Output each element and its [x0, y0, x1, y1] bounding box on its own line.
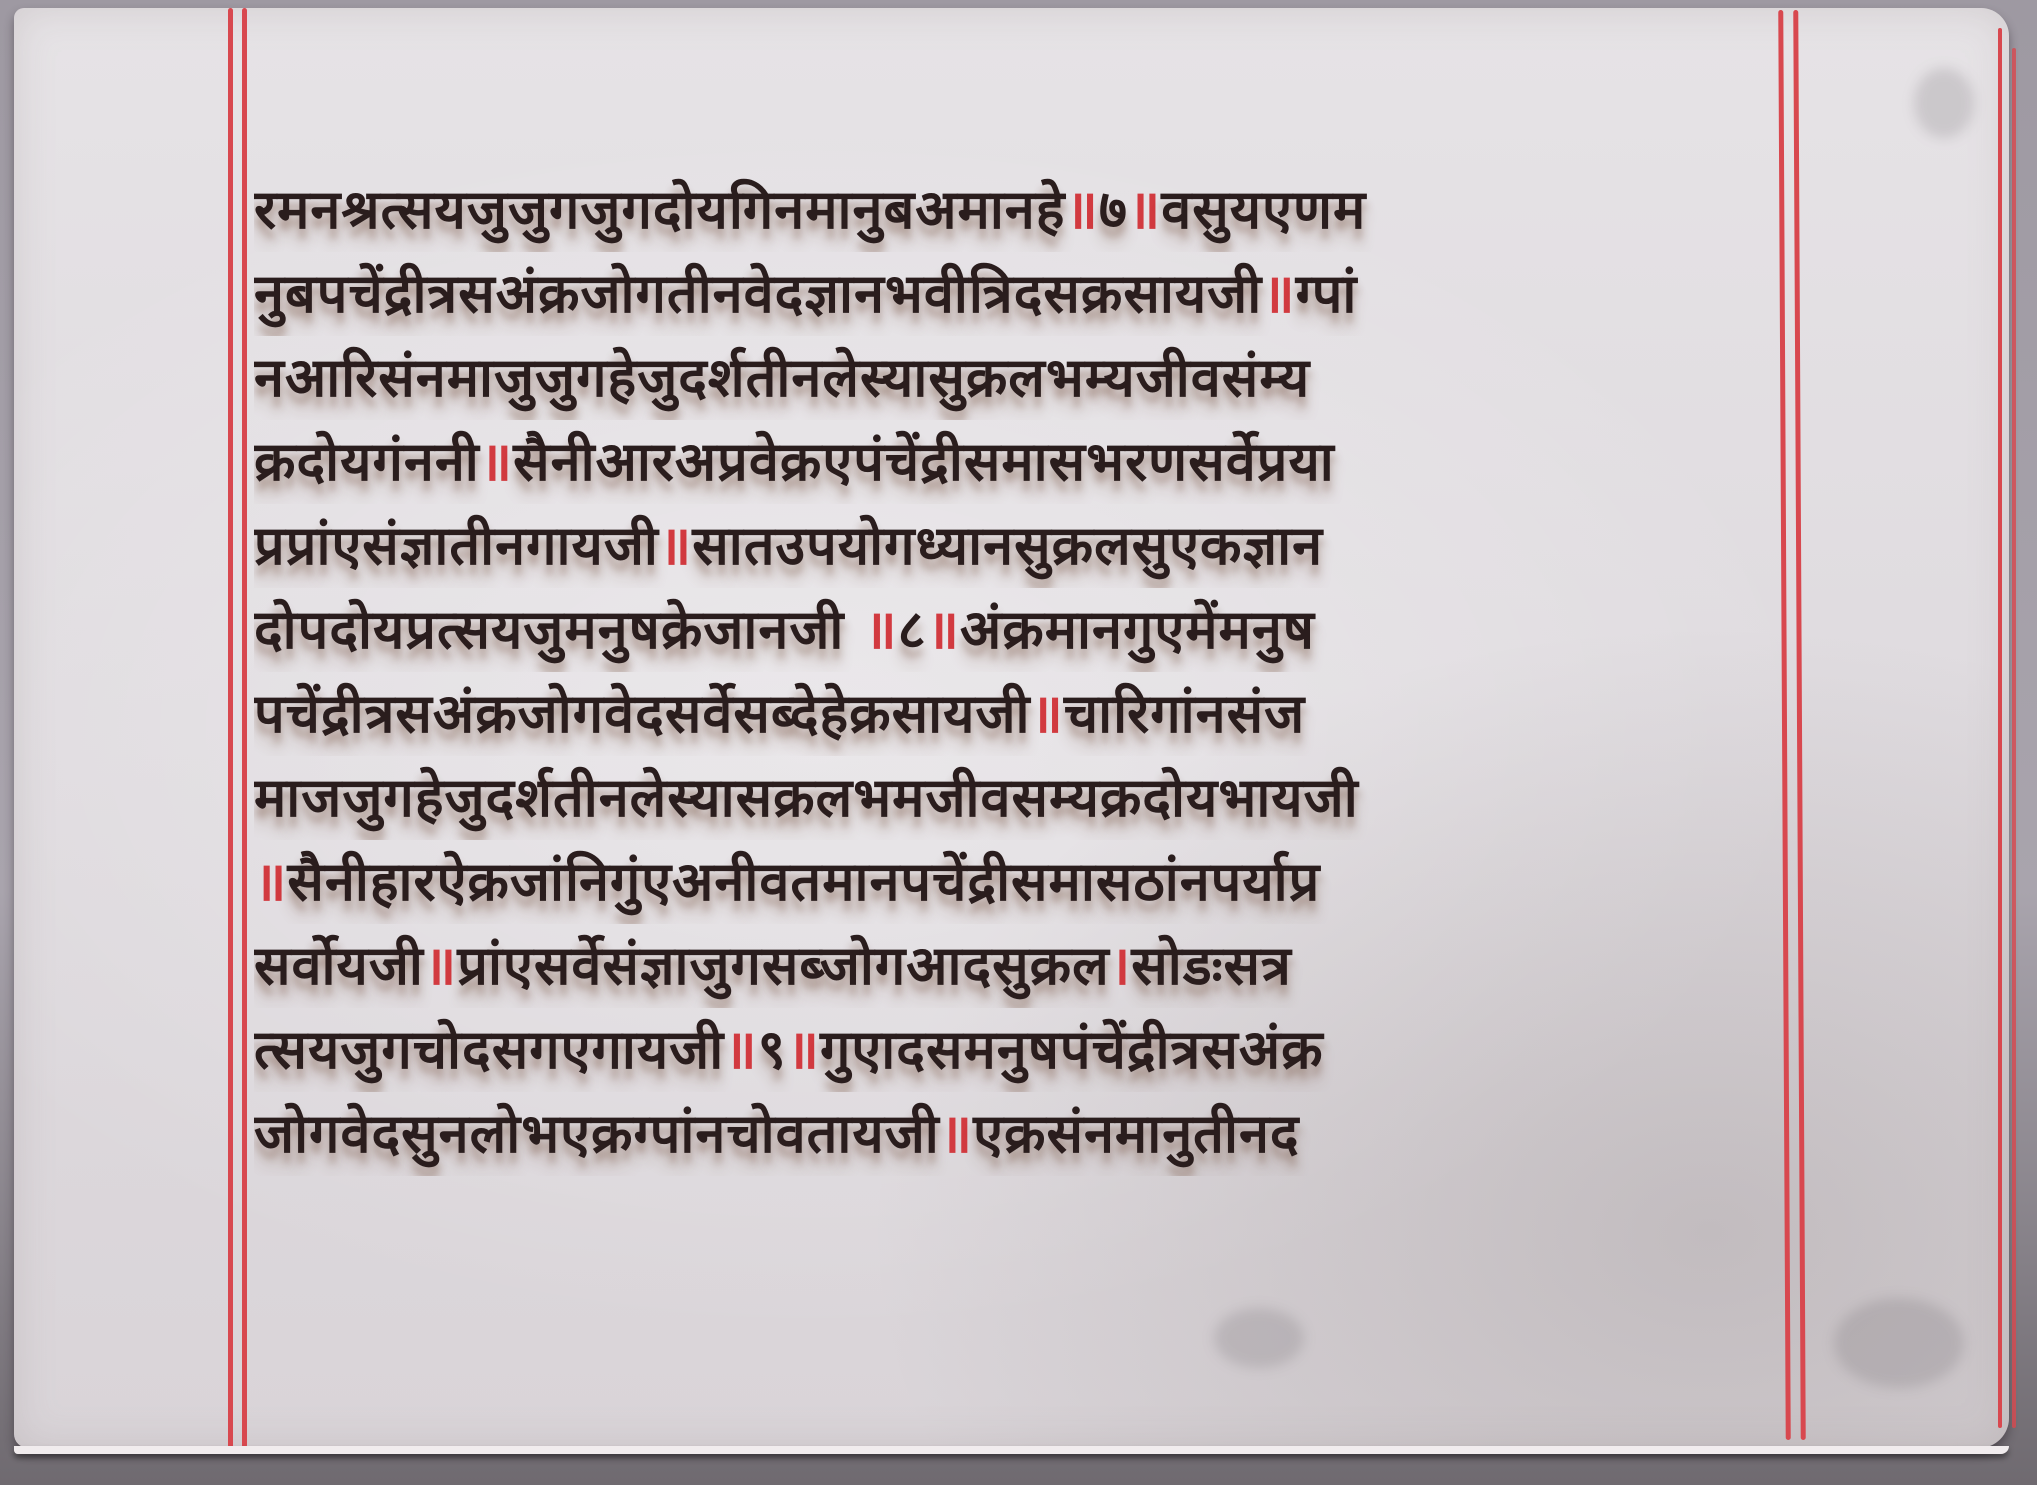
line-text: दोपदोयप्रत्सयजुमनुषक्रेजानजी	[254, 598, 864, 661]
line-text: सैनीहारऐक्रजांनिगुंएअनीवतमानपचेंद्रीसमास…	[287, 850, 1320, 913]
manuscript-photo: रमनश्रत्सयजुजुगजुगदोयगिनमानुबअमानहे॥७॥वस…	[0, 0, 2037, 1485]
manuscript-line: नुबपचेंद्रीत्रसअंक्रजोगतीनवेदज्ञानभवीत्र…	[254, 252, 1794, 336]
line-text: माजजुगहेजुदर्शतीनलेस्यासक्रलभमजीवसम्यक्र…	[254, 766, 1359, 829]
manuscript-line: जोगवेदसुनलोभएक्रग्पांनचोवतायजी॥एक्रसंनमा…	[254, 1092, 1794, 1176]
line-text: अंक्रमानगुएमेंमनुष	[960, 598, 1315, 661]
line-text: ग्पां	[1296, 262, 1358, 325]
verse-marker: ॥	[659, 514, 692, 577]
manuscript-folio: रमनश्रत्सयजुजुगजुगदोयगिनमानुबअमानहे॥७॥वस…	[14, 8, 2009, 1448]
outer-margin-rule	[2012, 48, 2016, 1428]
line-text: वसुयएणम	[1161, 178, 1366, 241]
verse-marker: ॥	[724, 1018, 757, 1081]
verse-marker: ॥	[1262, 262, 1295, 325]
verse-marker: ॥	[424, 934, 457, 997]
manuscript-text: रमनश्रत्सयजुजुगजुगदोयगिनमानुबअमानहे॥७॥वस…	[254, 168, 1794, 1176]
manuscript-line: रमनश्रत्सयजुजुगजुगदोयगिनमानुबअमानहे॥७॥वस…	[254, 168, 1794, 252]
paper-stain	[1834, 1298, 1964, 1388]
manuscript-line: ॥सैनीहारऐक्रजांनिगुंएअनीवतमानपचेंद्रीसमा…	[254, 840, 1794, 924]
verse-marker: ॥	[480, 430, 513, 493]
manuscript-line: त्सयजुगचोदसगएगायजी॥९॥गुएादसमनुषपंचेंद्री…	[254, 1008, 1794, 1092]
left-margin-rule	[228, 8, 233, 1448]
verse-number: ९	[758, 1018, 787, 1081]
manuscript-line: दोपदोयप्रत्सयजुमनुषक्रेजानजी ॥८॥अंक्रमान…	[254, 588, 1794, 672]
verse-marker: ॥	[1128, 178, 1161, 241]
outer-margin-rule	[1998, 28, 2002, 1428]
line-text: नुबपचेंद्रीत्रसअंक्रजोगतीनवेदज्ञानभवीत्र…	[254, 262, 1262, 325]
line-text: प्रप्रांएसंज्ञातीनगायजी	[254, 514, 659, 577]
verse-marker: ॥	[787, 1018, 820, 1081]
manuscript-line: माजजुगहेजुदर्शतीनलेस्यासक्रलभमजीवसम्यक्र…	[254, 756, 1794, 840]
left-margin-rule	[242, 8, 247, 1448]
line-text: नआरिसंनमाजुजुगहेजुदर्शतीनलेस्यासुक्रलभम्…	[254, 346, 1310, 409]
verse-marker: ॥	[864, 598, 897, 661]
manuscript-line: क्रदोयगंननी॥सैनीआरअप्रवेक्रएपंचेंद्रीसमा…	[254, 420, 1794, 504]
verse-marker: ॥	[927, 598, 960, 661]
line-text: सोडःसत्र	[1131, 934, 1292, 997]
right-margin-rule	[1793, 10, 1805, 1440]
line-text: पचेंद्रीत्रसअंक्रजोगवेदसर्वेसब्देहेक्रसा…	[254, 682, 1031, 745]
manuscript-line: पचेंद्रीत्रसअंक्रजोगवेदसर्वेसब्देहेक्रसा…	[254, 672, 1794, 756]
manuscript-line: नआरिसंनमाजुजुगहेजुदर्शतीनलेस्यासुक्रलभम्…	[254, 336, 1794, 420]
verse-number: ७	[1099, 178, 1128, 241]
manuscript-line: प्रप्रांएसंज्ञातीनगायजी॥सातउपयोगध्यानसुक…	[254, 504, 1794, 588]
line-text: क्रदोयगंननी	[254, 430, 480, 493]
line-text: प्रांएसर्वेसंज्ञाजुगसब्जोगआदसुक्रल	[457, 934, 1109, 997]
verse-marker: ॥	[940, 1102, 973, 1165]
line-text: एक्रसंनमानुतीनद	[973, 1102, 1299, 1165]
line-text: चारिगांनसंज	[1064, 682, 1305, 745]
line-text: गुएादसमनुषपंचेंद्रीत्रसअंक्र	[820, 1018, 1324, 1081]
verse-marker: ।	[1110, 934, 1131, 997]
manuscript-line: सर्वोयजी॥प्रांएसर्वेसंज्ञाजुगसब्जोगआदसुक…	[254, 924, 1794, 1008]
verse-marker: ॥	[1065, 178, 1098, 241]
paper-stain	[1214, 1308, 1304, 1368]
line-text: जोगवेदसुनलोभएक्रग्पांनचोवतायजी	[254, 1102, 940, 1165]
line-text: सैनीआरअप्रवेक्रएपंचेंद्रीसमासभरणसर्वेप्र…	[513, 430, 1335, 493]
line-text: सातउपयोगध्यानसुक्रलसुएकज्ञान	[692, 514, 1323, 577]
verse-marker: ॥	[254, 850, 287, 913]
line-text: त्सयजुगचोदसगएगायजी	[254, 1018, 724, 1081]
paper-stain	[1914, 68, 1974, 138]
line-text: सर्वोयजी	[254, 934, 424, 997]
verse-number: ८	[898, 598, 927, 661]
verse-marker: ॥	[1031, 682, 1064, 745]
line-text: रमनश्रत्सयजुजुगजुगदोयगिनमानुबअमानहे	[254, 178, 1065, 241]
